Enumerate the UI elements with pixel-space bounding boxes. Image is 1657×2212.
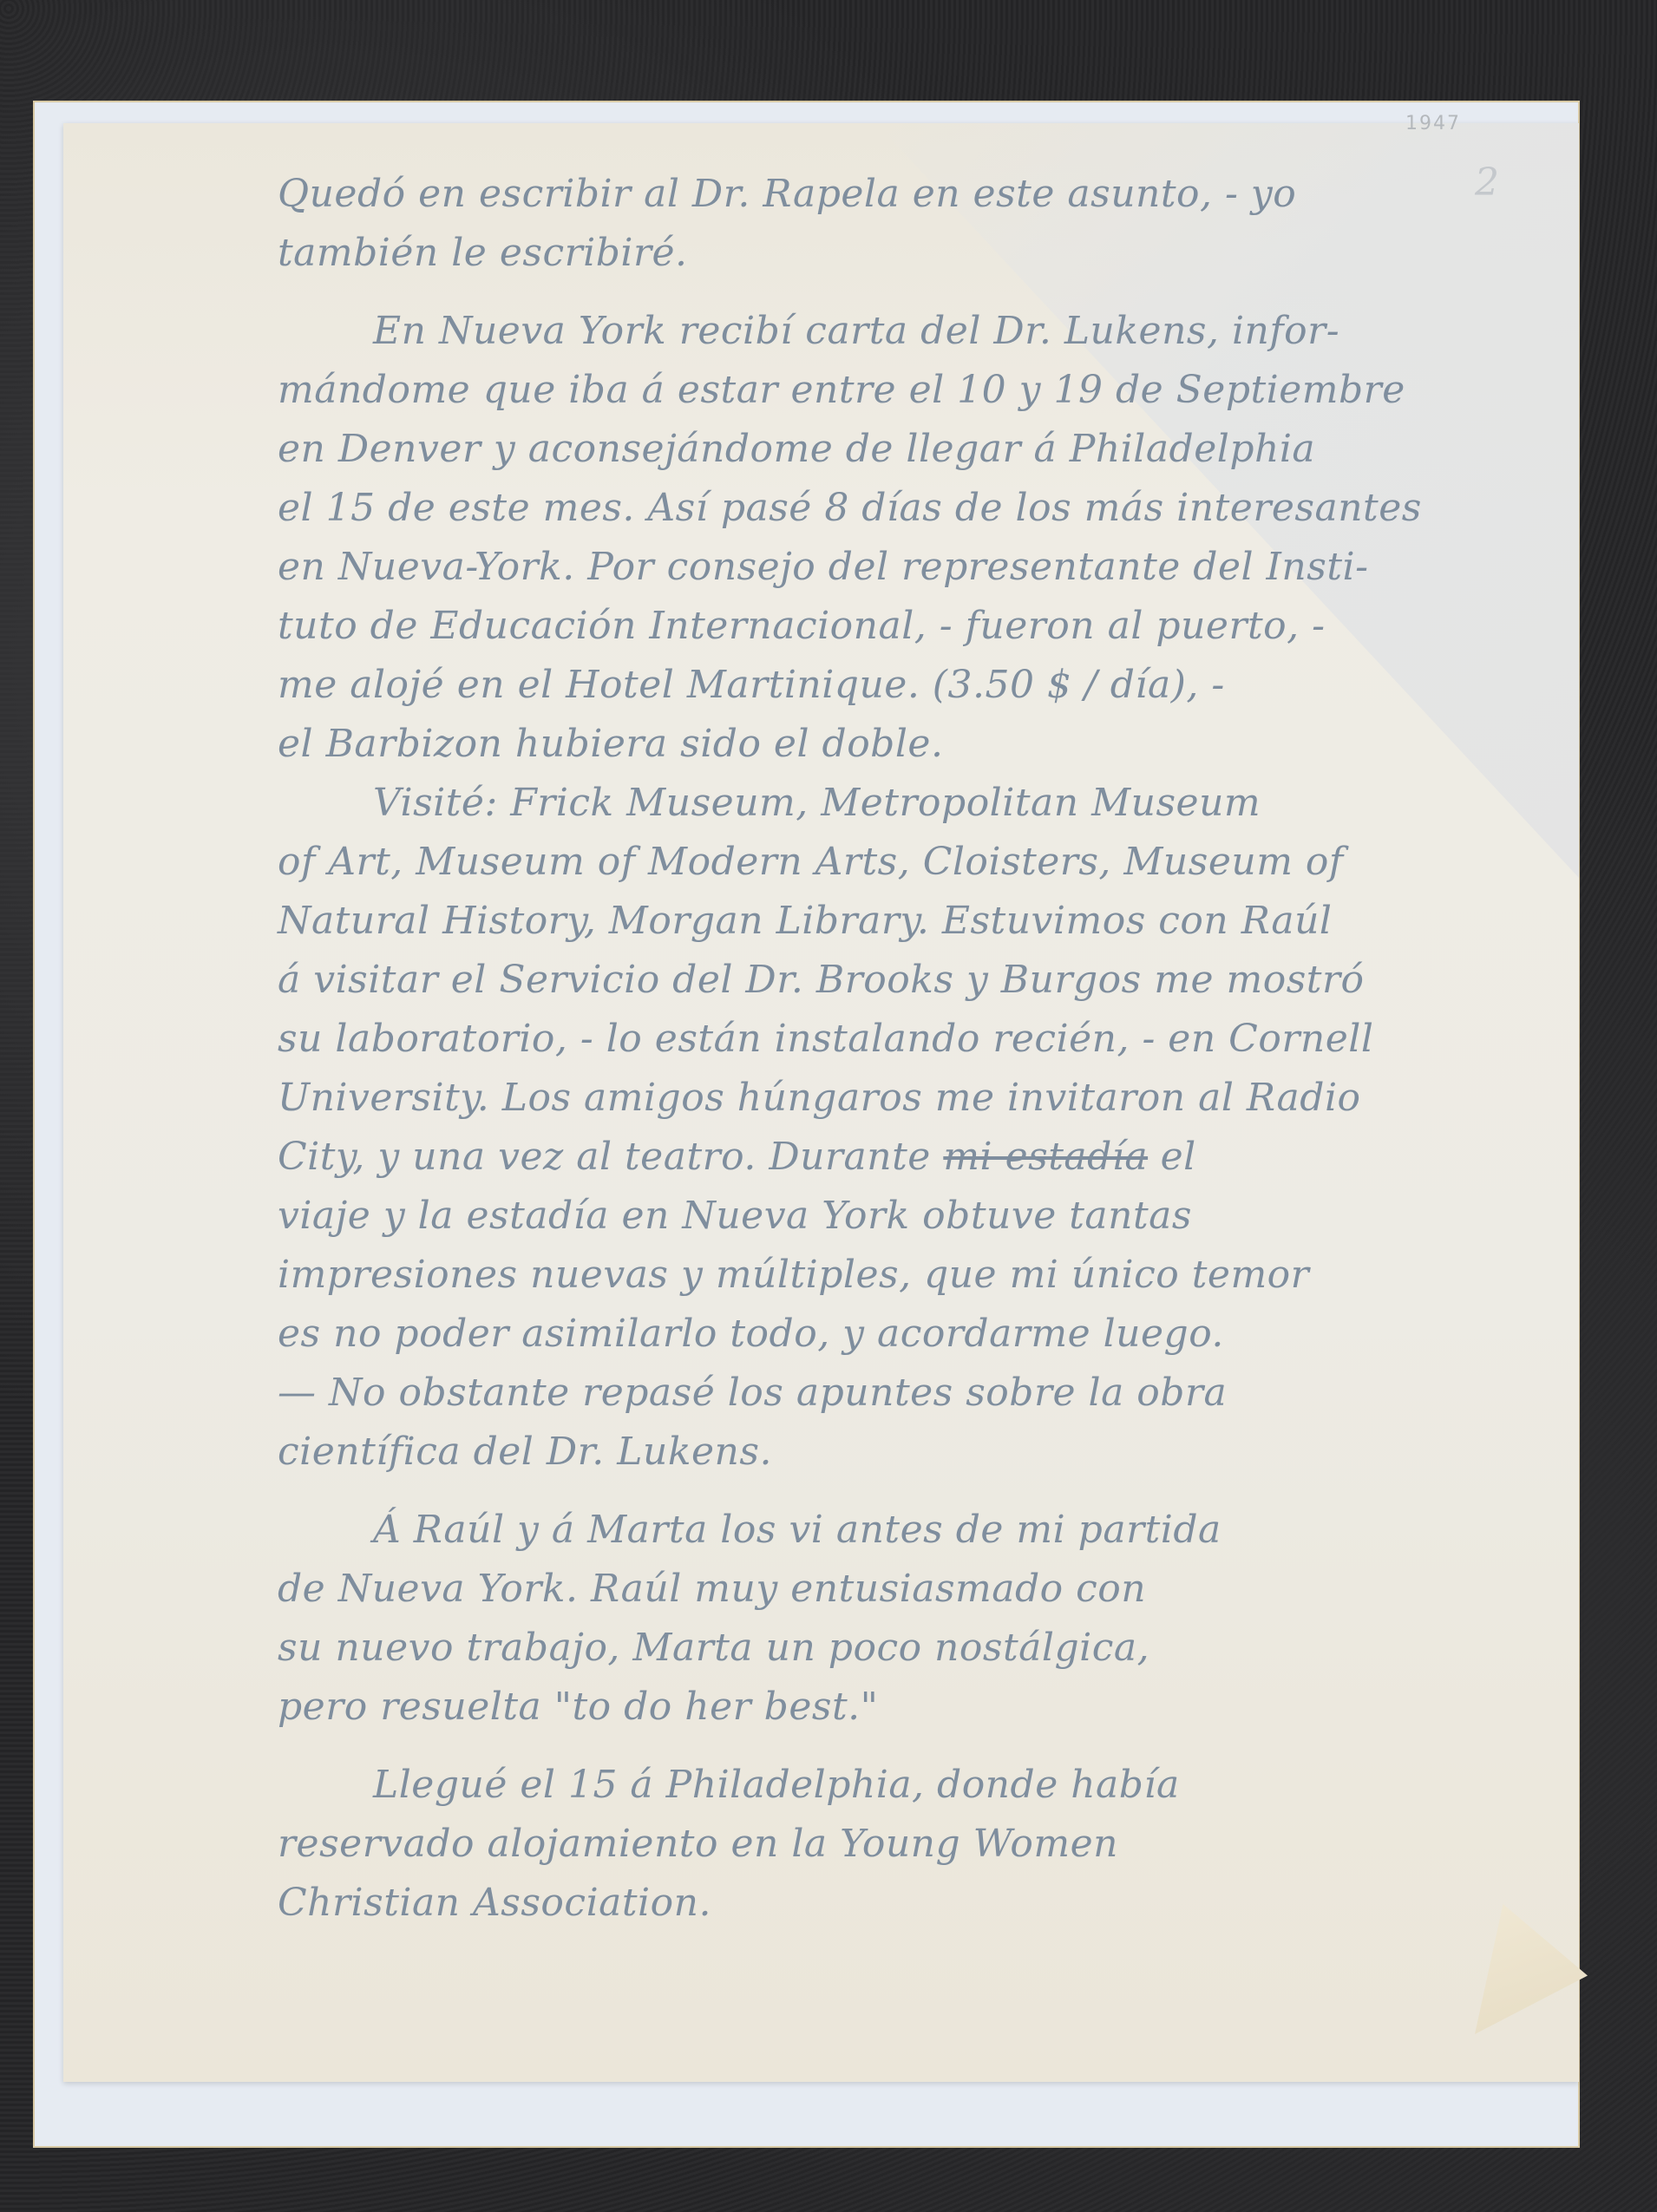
handwritten-letter-body: Quedó en escribir al Dr. Rapela en este … <box>278 165 1527 1933</box>
text-line: of Art, Museum of Modern Arts, Cloisters… <box>278 833 1527 892</box>
paragraph-2: En Nueva York recibí carta del Dr. Luken… <box>278 302 1527 774</box>
paragraph-5: Llegué el 15 á Philadelphia, donde había… <box>278 1756 1527 1933</box>
paragraph-4: Á Raúl y á Marta los vi antes de mi part… <box>278 1501 1527 1737</box>
text-line: Christian Association. <box>278 1874 1527 1933</box>
text-line: de Nueva York. Raúl muy entusiasmado con <box>278 1560 1527 1619</box>
text-line: científica del Dr. Lukens. <box>278 1423 1527 1482</box>
text-line: Á Raúl y á Marta los vi antes de mi part… <box>278 1501 1527 1560</box>
archive-mark: 1947 <box>1405 113 1461 134</box>
struck-text: mi estadía <box>943 1135 1148 1179</box>
text-line-with-strike: City, y una vez al teatro. Durante mi es… <box>278 1128 1527 1187</box>
text-line: — No obstante repasé los apuntes sobre l… <box>278 1364 1527 1423</box>
paragraph-3: Visité: Frick Museum, Metropolitan Museu… <box>278 774 1527 1482</box>
text-line: mándome que iba á estar entre el 10 y 19… <box>278 361 1527 420</box>
text-line: Quedó en escribir al Dr. Rapela en este … <box>278 165 1527 224</box>
text-line: tuto de Educación Internacional, - fuero… <box>278 597 1527 656</box>
text-line: el 15 de este mes. Así pasé 8 días de lo… <box>278 479 1527 538</box>
text-line: viaje y la estadía en Nueva York obtuve … <box>278 1187 1527 1246</box>
text-line: reservado alojamiento en la Young Women <box>278 1815 1527 1874</box>
text-segment: City, y una vez al teatro. Durante <box>278 1135 931 1179</box>
text-line: pero resuelta "to do her best." <box>278 1678 1527 1737</box>
text-line: su laboratorio, - lo están instalando re… <box>278 1010 1527 1069</box>
text-segment: el <box>1161 1135 1196 1179</box>
text-line: es no poder asimilarlo todo, y acordarme… <box>278 1305 1527 1364</box>
text-line: á visitar el Servicio del Dr. Brooks y B… <box>278 951 1527 1010</box>
text-line: impresiones nuevas y múltiples, que mi ú… <box>278 1246 1527 1305</box>
text-line: en Denver y aconsejándome de llegar á Ph… <box>278 420 1527 479</box>
text-line: En Nueva York recibí carta del Dr. Luken… <box>278 302 1527 361</box>
text-line: también le escribiré. <box>278 224 1527 283</box>
text-line: University. Los amigos húngaros me invit… <box>278 1069 1527 1128</box>
text-line: en Nueva-York. Por consejo del represent… <box>278 538 1527 597</box>
text-line: su nuevo trabajo, Marta un poco nostálgi… <box>278 1619 1527 1678</box>
text-line: Natural History, Morgan Library. Estuvim… <box>278 892 1527 951</box>
text-line: Visité: Frick Museum, Metropolitan Museu… <box>278 774 1527 833</box>
text-line: el Barbizon hubiera sido el doble. <box>278 715 1527 774</box>
text-line: me alojé en el Hotel Martinique. (3.50 $… <box>278 656 1527 715</box>
text-line: Llegué el 15 á Philadelphia, donde había <box>278 1756 1527 1815</box>
paragraph-1: Quedó en escribir al Dr. Rapela en este … <box>278 165 1527 283</box>
